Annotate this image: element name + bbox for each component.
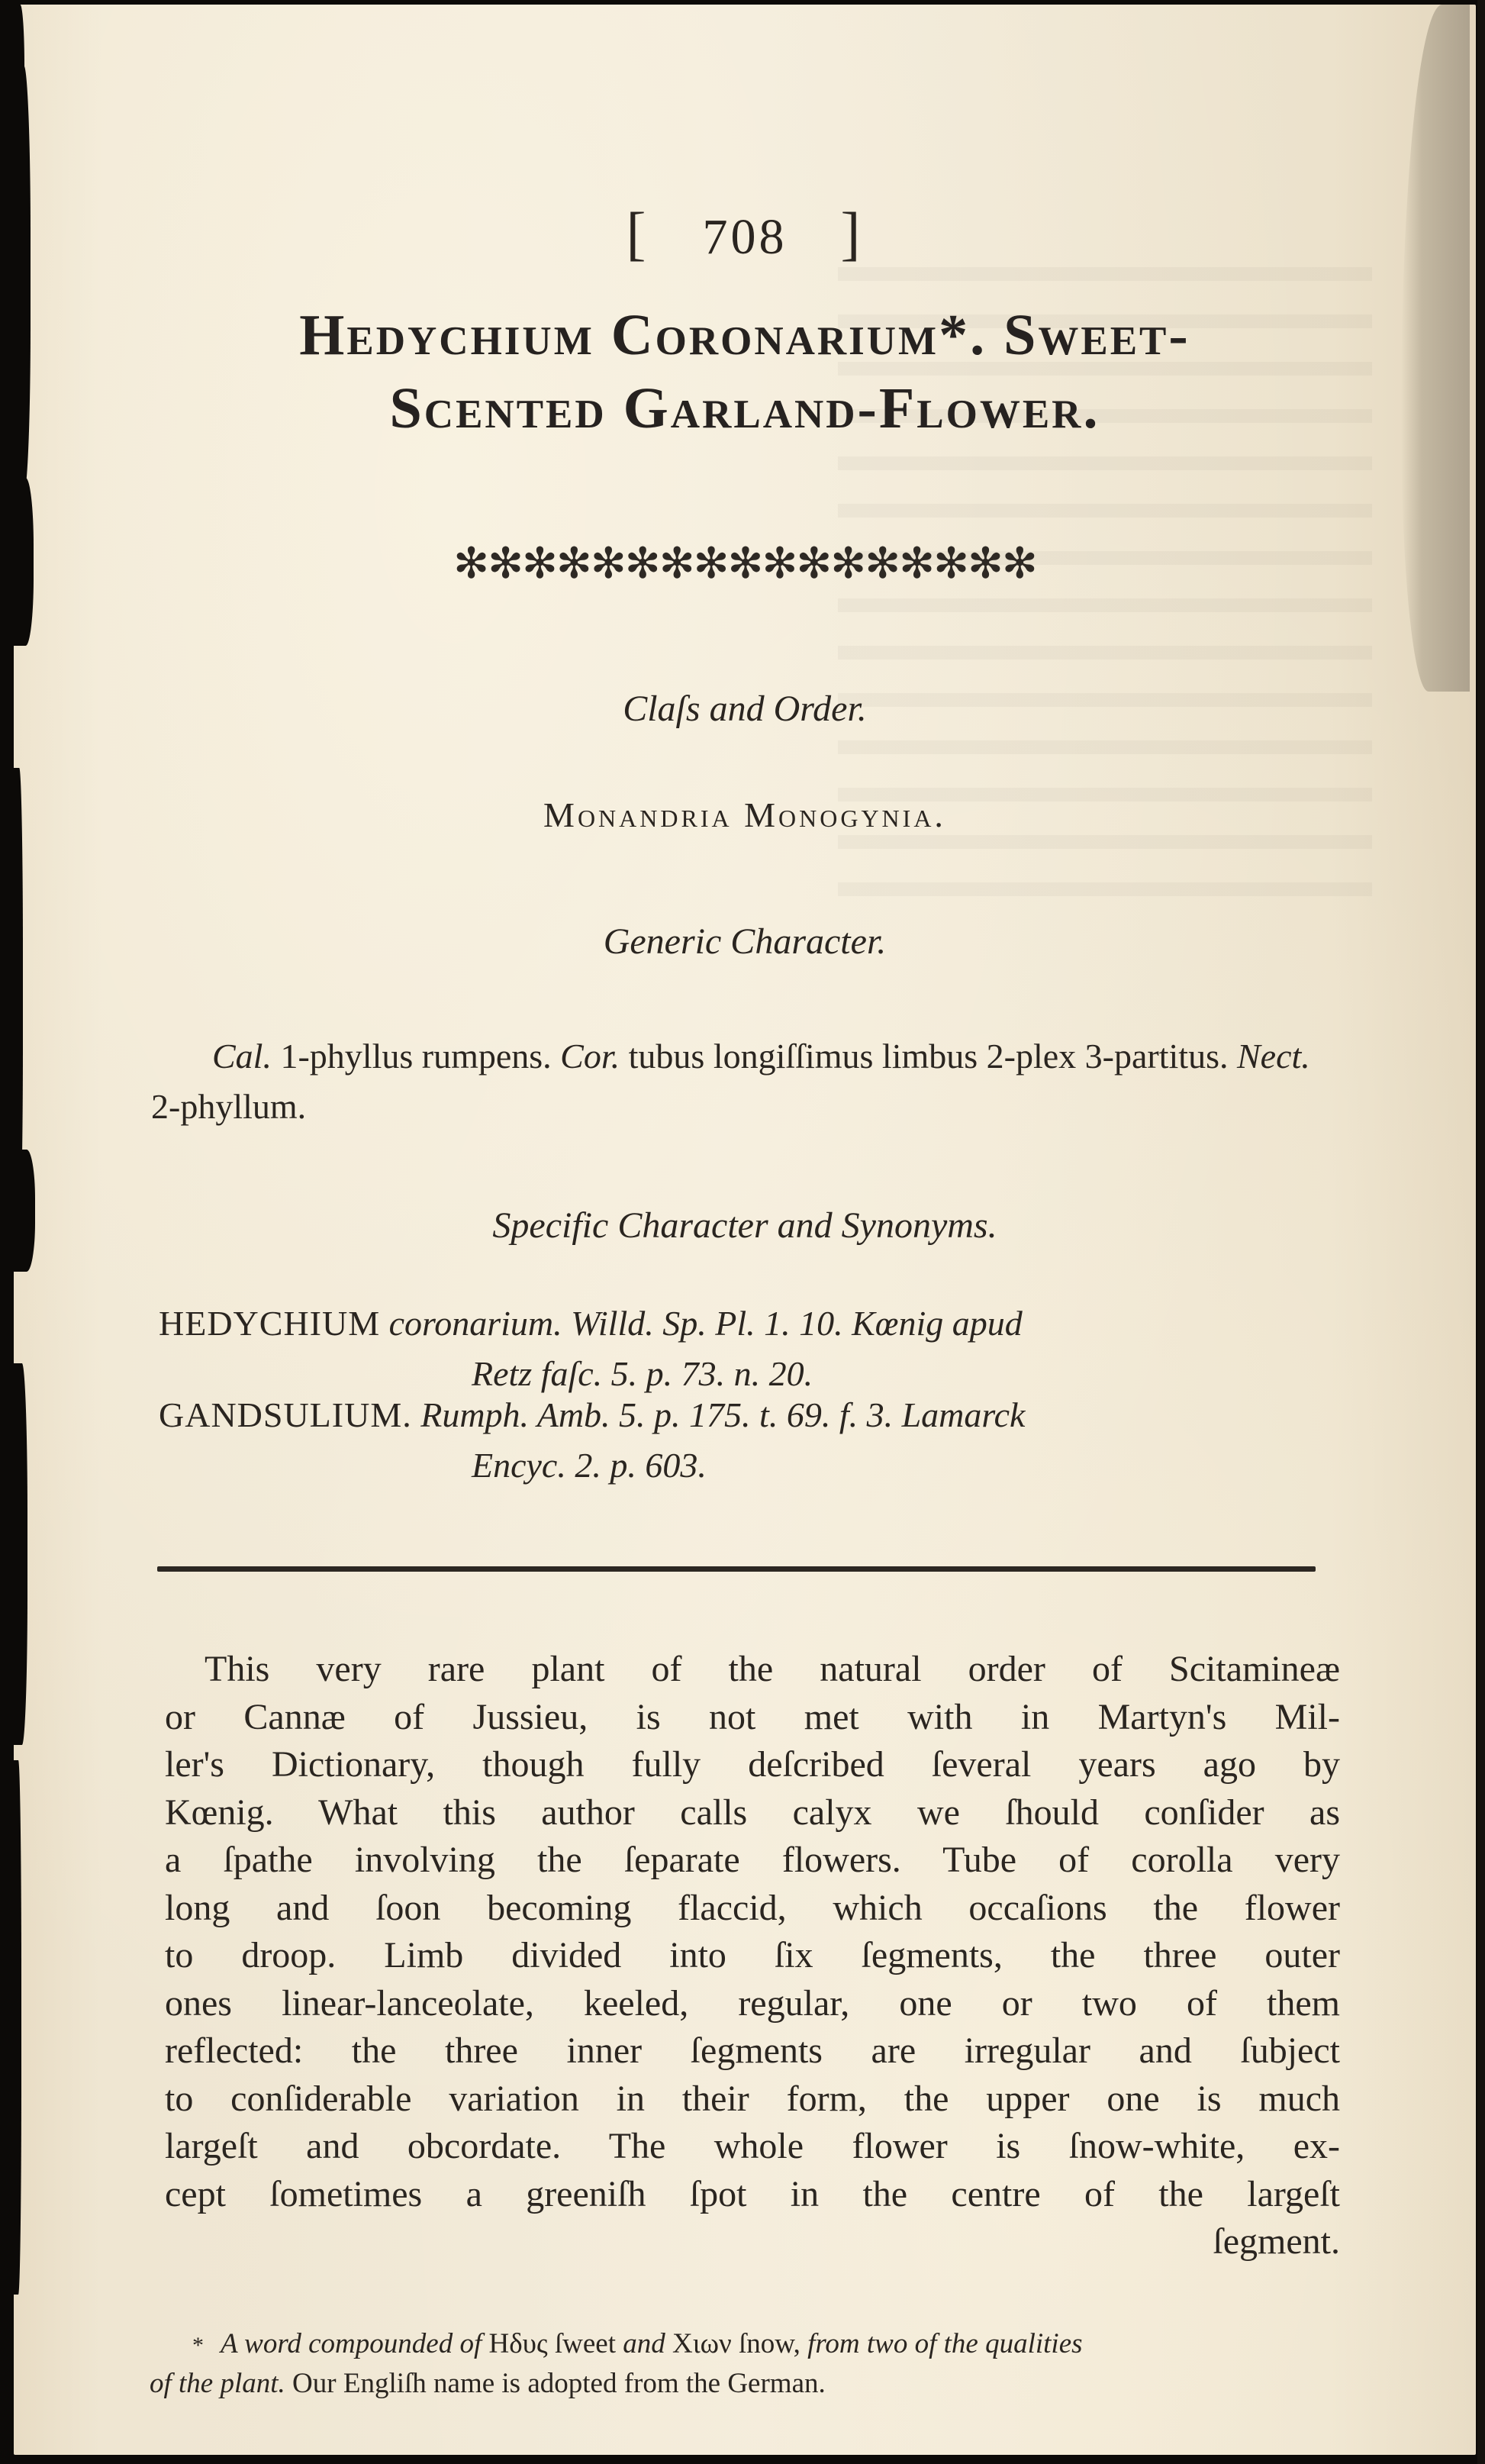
generic-label-cal: Cal. xyxy=(212,1037,272,1076)
generic-character-heading: Generic Character. xyxy=(14,921,1476,963)
footnote-text: ſweet xyxy=(548,2328,623,2359)
generic-text-cal: 1-phyllus rumpens. xyxy=(272,1037,560,1076)
footnote-marker: * xyxy=(192,2333,204,2358)
book-page: [708] Hedychium Coronarium*. Sweet- Scen… xyxy=(14,5,1476,2455)
synonym-reference: coronarium. Willd. Sp. Pl. 1. 10. Kœnig … xyxy=(389,1304,1023,1343)
synonym-entry: GANDSULIUM. Rumph. Amb. 5. p. 175. t. 69… xyxy=(159,1390,1334,1491)
body-line: a ſpathe involving the ſeparate flowers.… xyxy=(165,1837,1340,1885)
body-line: Kœnig. What this author calls calyx we ſ… xyxy=(165,1789,1340,1837)
class-order-value: Monandria Monogynia. xyxy=(14,795,1476,835)
generic-label-cor: Cor. xyxy=(560,1037,620,1076)
body-line: ler's Dictionary, though fully deſcribed… xyxy=(165,1741,1340,1789)
body-line: to conſiderable variation in their form,… xyxy=(165,2075,1340,2124)
footnote-text: of the plant. xyxy=(150,2368,285,2399)
footnote-greek-word: Χιων xyxy=(665,2328,732,2359)
footnote: *A word compounded of Ηδυς ſweet and Χιω… xyxy=(150,2325,1355,2403)
body-line: cept ſometimes a greeniſh ſpot in the ce… xyxy=(165,2171,1340,2219)
section-rule xyxy=(157,1566,1316,1572)
footnote-line-2: of the plant. Our Engliſh name is adopte… xyxy=(150,2365,1355,2403)
ornament-divider: ✻✻✻✻✻✻✻✻✻✻✻✻✻✻✻✻✻ xyxy=(14,539,1476,589)
torn-edge xyxy=(14,1363,27,1745)
page-title: Hedychium Coronarium*. Sweet- Scented Ga… xyxy=(14,298,1476,445)
body-line: ones linear-lanceolate, keeled, regular,… xyxy=(165,1980,1340,2028)
synonym-genus: HEDYCHIUM xyxy=(159,1304,380,1343)
title-line-2: Scented Garland-Flower. xyxy=(14,372,1476,445)
class-order-heading: Claſs and Order. xyxy=(14,688,1476,730)
body-line: to droop. Limb divided into ſix ſegments… xyxy=(165,1932,1340,1980)
page-number: [708] xyxy=(14,199,1476,268)
bracket-close: ] xyxy=(841,200,864,266)
synonym-reference: Rumph. Amb. 5. p. 175. t. 69. f. 3. Lama… xyxy=(420,1395,1025,1434)
synonym-reference-cont: Encyc. 2. p. 603. xyxy=(159,1440,1334,1491)
body-line: long and ſoon becoming flaccid, which oc… xyxy=(165,1885,1340,1933)
footnote-text: A word compounded of xyxy=(221,2328,488,2359)
description-paragraph: This very rare plant of the natural orde… xyxy=(165,1646,1340,2266)
title-line-1: Hedychium Coronarium*. Sweet- xyxy=(14,298,1476,372)
torn-edge xyxy=(14,1760,21,2295)
footnote-text: and xyxy=(623,2328,665,2359)
body-line: reflected: the three inner ſegments are … xyxy=(165,2027,1340,2075)
footnote-text: ſnow, xyxy=(732,2328,807,2359)
body-line: largeſt and obcordate. The whole flower … xyxy=(165,2123,1340,2171)
generic-text-cor: tubus longiſſimus limbus 2-plex 3-partit… xyxy=(620,1037,1237,1076)
bracket-open: [ xyxy=(627,200,649,266)
generic-character-text: Cal. 1-phyllus rumpens. Cor. tubus longi… xyxy=(151,1031,1326,1132)
synonym-genus: GANDSULIUM. xyxy=(159,1395,412,1434)
synonym-entry: HEDYCHIUM coronarium. Willd. Sp. Pl. 1. … xyxy=(159,1298,1334,1399)
footnote-text: from two of the qualities xyxy=(807,2328,1082,2359)
footnote-text: Our Engliſh name is adopted from the Ger… xyxy=(285,2368,826,2399)
generic-text-nect: 2-phyllum. xyxy=(151,1087,306,1126)
footnote-greek-word: Ηδυς xyxy=(488,2328,547,2359)
generic-label-nect: Nect. xyxy=(1237,1037,1310,1076)
body-line: ſegment. xyxy=(165,2218,1340,2266)
body-line: This very rare plant of the natural orde… xyxy=(165,1646,1340,1694)
scan-edge xyxy=(1477,0,1485,2464)
footnote-line-1: *A word compounded of Ηδυς ſweet and Χιω… xyxy=(150,2325,1355,2365)
body-line: or Cannæ of Jussieu, is not met with in … xyxy=(165,1694,1340,1742)
specific-character-heading: Specific Character and Synonyms. xyxy=(14,1205,1476,1247)
page-number-value: 708 xyxy=(703,209,788,265)
